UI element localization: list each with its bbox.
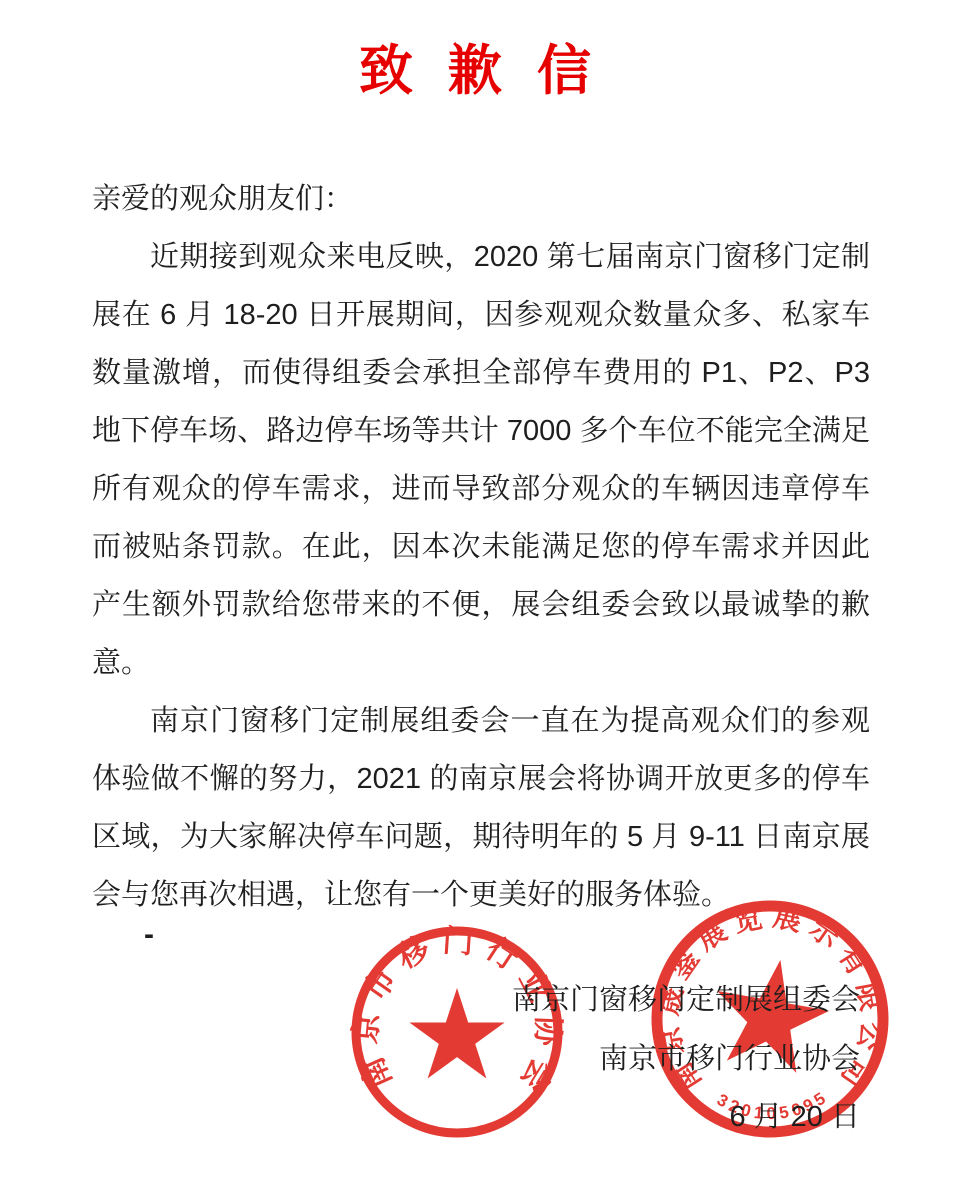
signature-org2-line: 南京市移门行业协会 xyxy=(512,1030,860,1089)
salutation-line: 亲爱的观众朋友们： xyxy=(92,170,870,228)
signature-block: 南京门窗移门定制展组委会 南京市移门行业协会 6 月 20 日 xyxy=(512,971,860,1147)
apology-letter-page: 致 歉 信 亲爱的观众朋友们： 近期接到观众来电反映，2020 第七届南京门窗移… xyxy=(0,0,960,1190)
letter-body: 亲爱的观众朋友们： 近期接到观众来电反映，2020 第七届南京门窗移门定制展在 … xyxy=(92,170,870,924)
signature-date-line: 6 月 20 日 xyxy=(512,1088,860,1147)
stamp-star-icon xyxy=(409,988,504,1079)
stray-dash-mark: - xyxy=(144,918,154,952)
signature-org1-line: 南京门窗移门定制展组委会 xyxy=(512,971,860,1030)
letter-title: 致 歉 信 xyxy=(0,28,960,105)
body-paragraph-2: 南京门窗移门定制展组委会一直在为提高观众们的参观体验做不懈的努力，2021 的南… xyxy=(92,692,870,924)
body-paragraph-1: 近期接到观众来电反映，2020 第七届南京门窗移门定制展在 6 月 18-20 … xyxy=(92,228,870,692)
